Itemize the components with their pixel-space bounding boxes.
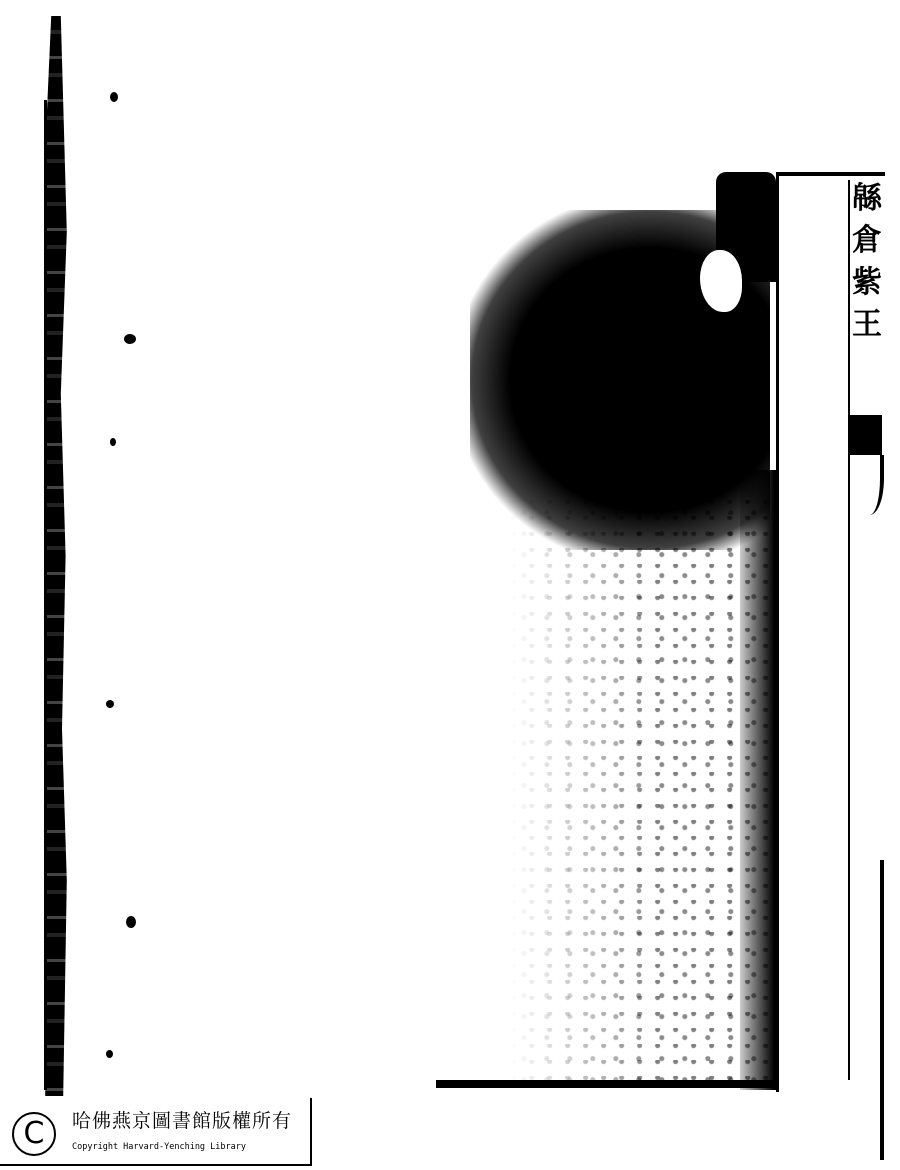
title-char: 緜 xyxy=(852,178,882,220)
title-panel-border xyxy=(848,180,850,1080)
stain-edge xyxy=(740,470,780,1090)
paper-hole xyxy=(700,250,742,312)
binding-hole xyxy=(110,438,116,446)
copyright-english: Copyright Harvard-Yenching Library xyxy=(72,1142,246,1152)
copyright-icon: C xyxy=(12,1112,56,1156)
binding-hole xyxy=(110,92,118,102)
binding-hole xyxy=(124,334,136,344)
right-page-edge xyxy=(880,860,884,1160)
binding-line xyxy=(44,100,47,1090)
binding-hole xyxy=(106,700,114,708)
title-char: 紫 xyxy=(852,262,882,304)
scanned-page: 緜 倉 紫 王 C 哈佛燕京圖書館版權所有 Copyright Harvard-… xyxy=(0,0,900,1170)
title-slip: 緜 倉 紫 王 xyxy=(852,178,882,378)
title-panel-block xyxy=(850,415,882,455)
title-char: 王 xyxy=(852,304,882,346)
binding-hole xyxy=(126,916,136,928)
book-binding-edge xyxy=(44,16,68,1096)
copyright-stamp: C 哈佛燕京圖書館版權所有 Copyright Harvard-Yenching… xyxy=(0,1098,312,1166)
binding-hole xyxy=(106,1050,113,1058)
copyright-chinese: 哈佛燕京圖書館版權所有 xyxy=(72,1106,292,1133)
title-char: 倉 xyxy=(852,220,882,262)
